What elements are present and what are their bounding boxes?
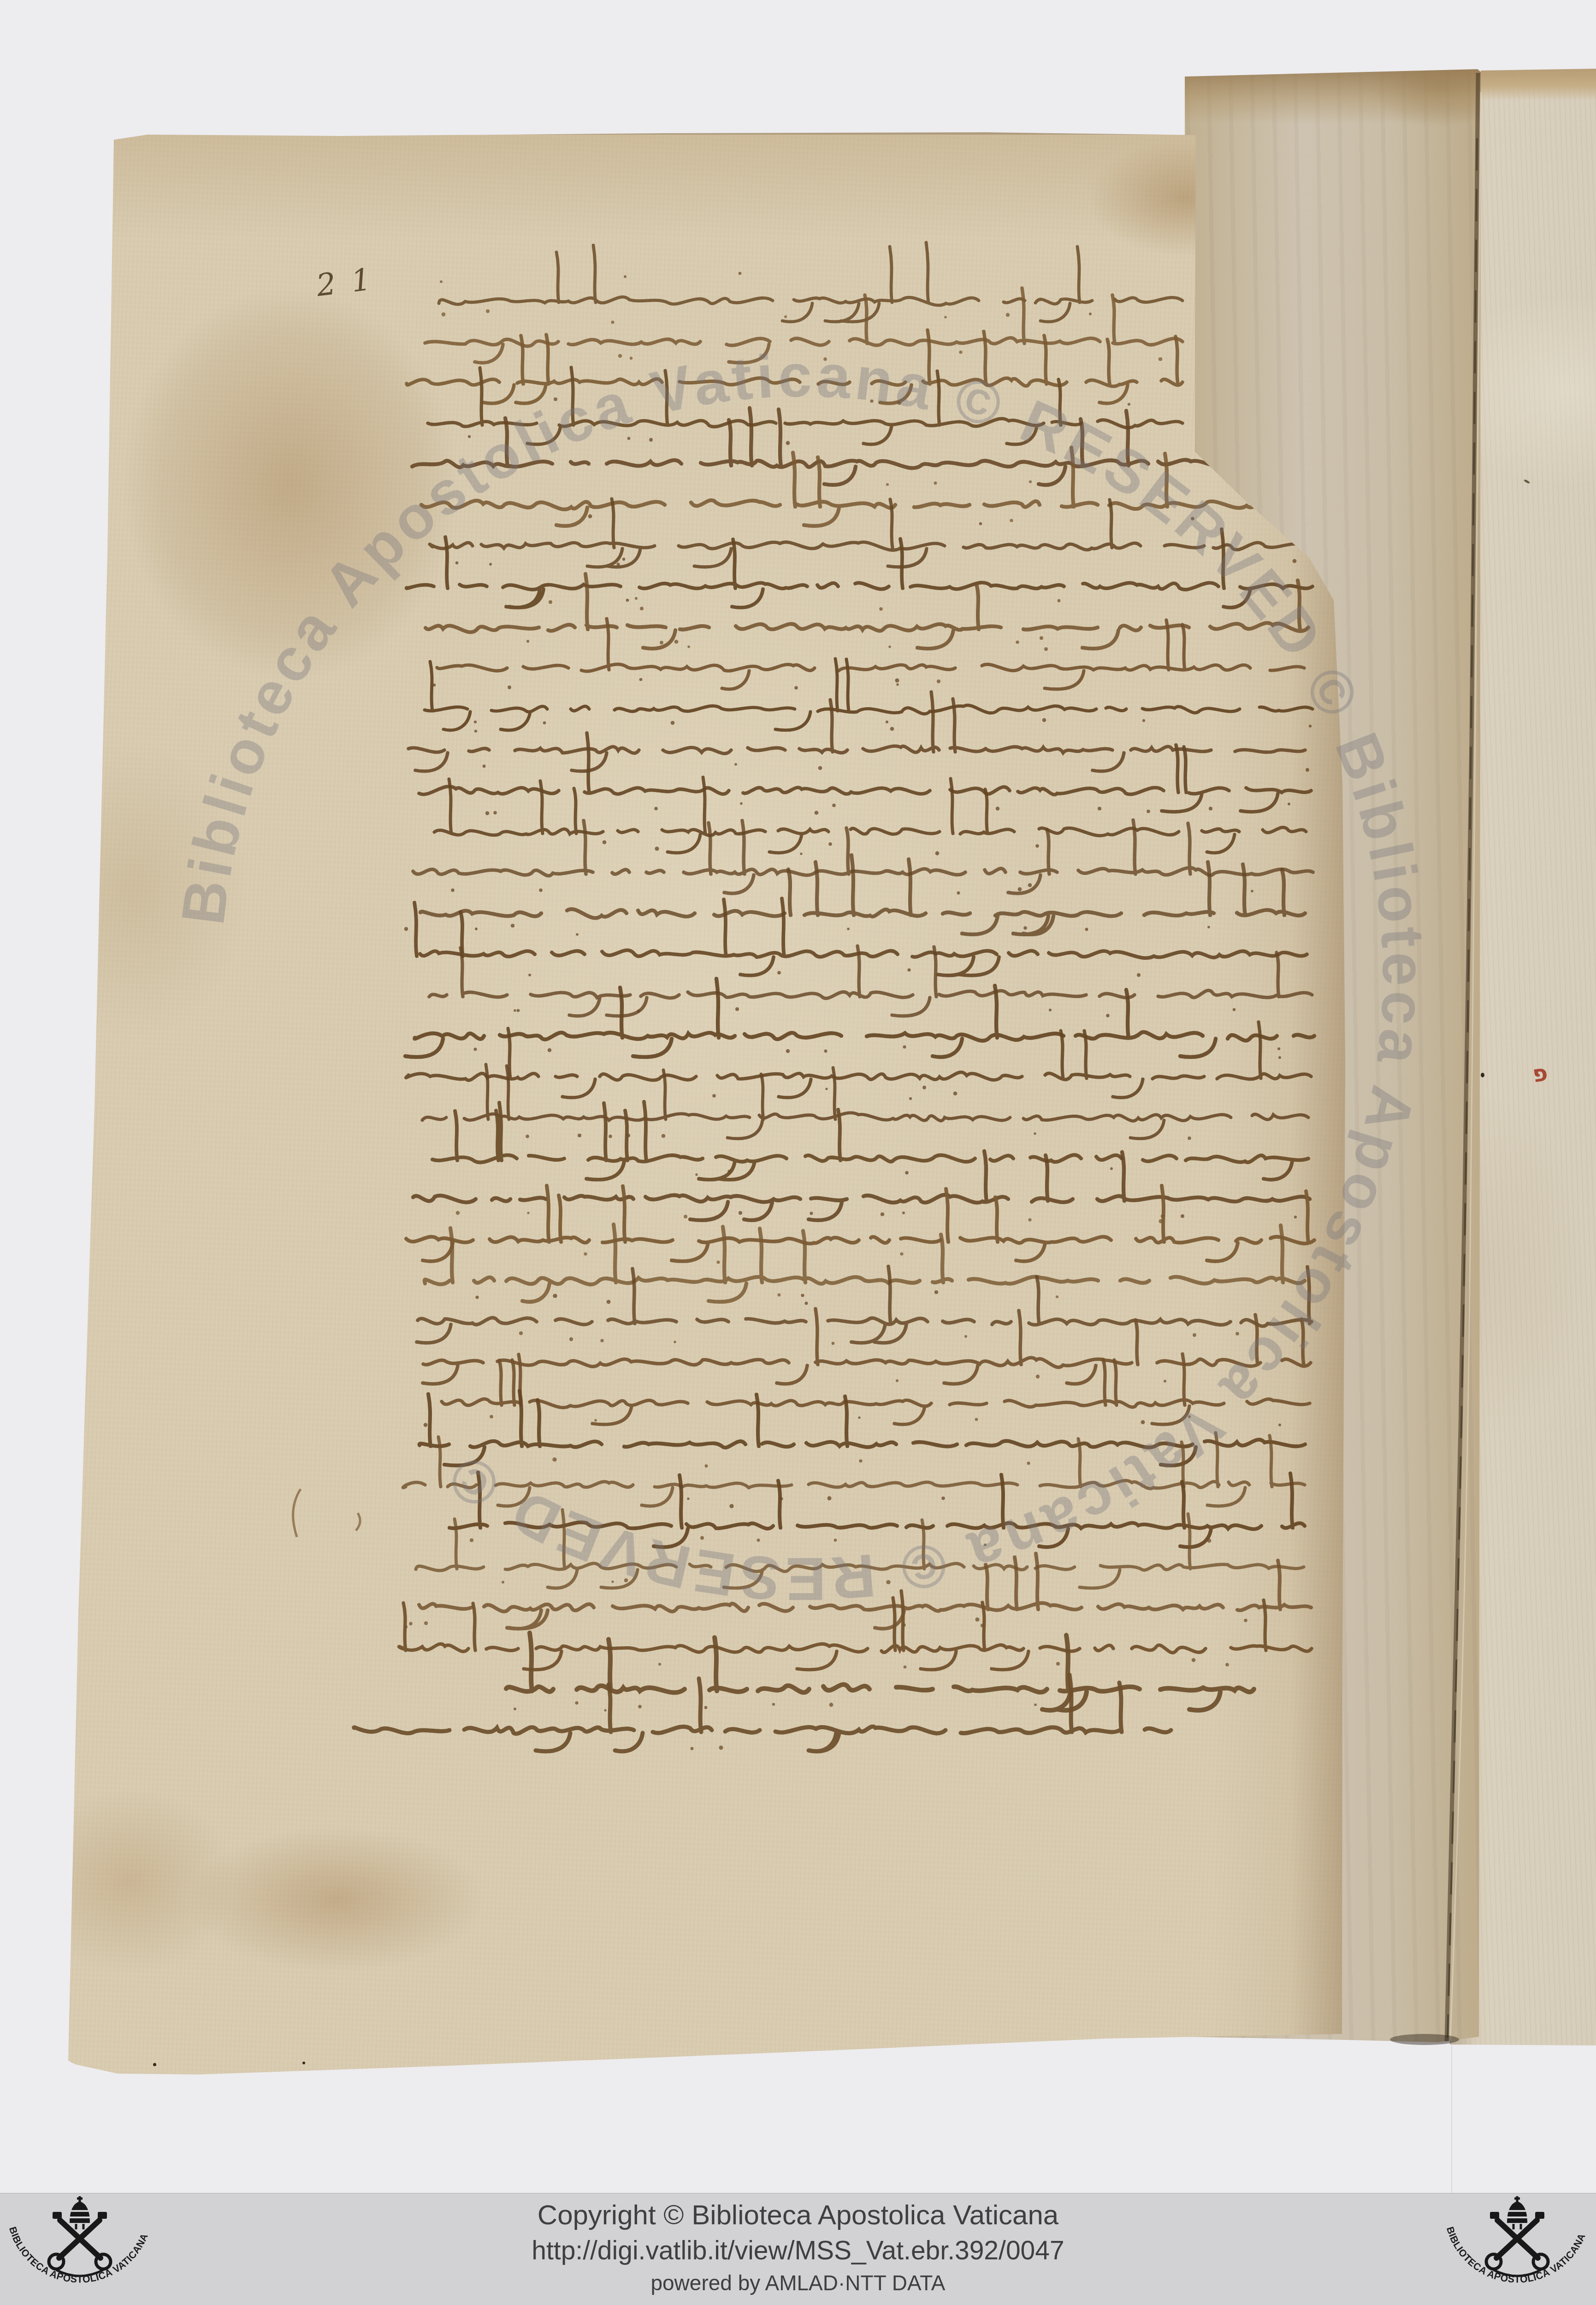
powered-by-line: powered by AMLAD·NTT DATA xyxy=(650,2269,945,2297)
diacritic-dot xyxy=(511,924,514,928)
diacritic-dot xyxy=(705,1465,708,1468)
diacritic-dot xyxy=(1049,1009,1052,1011)
handwritten-line xyxy=(442,1354,1310,1424)
diacritic-dot xyxy=(475,928,478,930)
handwritten-line xyxy=(425,1224,1305,1302)
diacritic-dot xyxy=(704,1706,708,1709)
vatican-library-logo-right: BIBLIOTECA APOSTOLICA VATICANA xyxy=(1441,2193,1593,2304)
diacritic-dot xyxy=(451,888,454,892)
diacritic-dot xyxy=(456,1211,460,1215)
margin-marks xyxy=(293,1489,360,1537)
diacritic-dot xyxy=(1288,803,1290,805)
diacritic-dot xyxy=(640,607,644,610)
diacritic-dot xyxy=(717,1261,720,1264)
diacritic-dot xyxy=(440,280,443,283)
footer-bar: Copyright © Biblioteca Apostolica Vatica… xyxy=(0,2193,1596,2305)
handwritten-line xyxy=(422,1064,1308,1139)
diacritic-dot xyxy=(468,435,471,438)
diacritic-dot xyxy=(800,852,802,855)
diacritic-dot xyxy=(1159,357,1162,361)
ink-speck xyxy=(153,2063,156,2066)
diacritic-dot xyxy=(898,401,901,405)
diacritic-dot xyxy=(1010,519,1013,522)
diacritic-dot xyxy=(649,438,653,442)
diacritic-dot xyxy=(700,1536,704,1540)
diacritic-dot xyxy=(490,1415,493,1418)
diacritic-dot xyxy=(609,1135,612,1138)
diacritic-dot xyxy=(825,1087,828,1090)
diacritic-dot xyxy=(1193,1333,1196,1337)
diacritic-dot xyxy=(1128,403,1130,406)
diacritic-dot xyxy=(975,1618,980,1622)
diacritic-dot xyxy=(1016,640,1019,644)
diacritic-dot xyxy=(611,1580,614,1583)
diacritic-dot xyxy=(433,684,436,686)
rubric-letter: פ xyxy=(1531,1057,1567,1093)
diacritic-dot xyxy=(1147,810,1150,813)
diacritic-dot xyxy=(959,350,962,354)
diacritic-dot xyxy=(1188,1415,1191,1418)
diacritic-dot xyxy=(818,766,822,770)
handwritten-line xyxy=(419,1554,1311,1629)
diacritic-dot xyxy=(1188,1136,1191,1140)
diacritic-dot xyxy=(870,400,874,403)
diacritic-dot xyxy=(611,320,614,324)
diacritic-dot xyxy=(886,721,888,723)
diacritic-dot xyxy=(543,721,546,725)
diacritic-dot xyxy=(404,927,408,931)
diacritic-dot xyxy=(712,1094,715,1097)
diacritic-dot xyxy=(1028,883,1032,887)
diacritic-dot xyxy=(455,561,458,564)
diacritic-dot xyxy=(1058,599,1061,603)
diacritic-dot xyxy=(1035,844,1039,847)
diacritic-dot xyxy=(618,354,622,358)
diacritic-dot xyxy=(1142,719,1145,722)
diacritic-dot xyxy=(616,562,620,566)
diacritic-dot xyxy=(1181,1214,1184,1218)
diacritic-dot xyxy=(1251,890,1253,892)
diacritic-dot xyxy=(1244,1619,1247,1622)
diacritic-dot xyxy=(805,1302,808,1305)
diacritic-dot xyxy=(828,842,832,845)
copyright-line: Copyright © Biblioteca Apostolica Vatica… xyxy=(538,2198,1058,2232)
diacritic-dot xyxy=(907,968,910,971)
diacritic-dot xyxy=(576,933,579,936)
diacritic-dot xyxy=(674,1341,676,1343)
diacritic-dot xyxy=(424,1621,428,1625)
diacritic-dot xyxy=(1207,1539,1212,1543)
diacritic-dot xyxy=(405,1625,408,1628)
handwritten-line xyxy=(399,1591,1312,1670)
diacritic-dot xyxy=(828,1496,832,1501)
diacritic-dot xyxy=(824,1050,828,1053)
diacritic-dot xyxy=(735,1007,739,1011)
handwritten-line xyxy=(414,898,1307,975)
stub-top-band xyxy=(1180,68,1481,124)
diacritic-dot xyxy=(691,1747,694,1750)
diacritic-dot xyxy=(909,1097,912,1100)
diacritic-dot xyxy=(1233,1008,1235,1011)
handwritten-line xyxy=(437,619,1304,689)
diacritic-dot xyxy=(847,928,849,930)
diacritic-dot xyxy=(486,309,490,313)
diacritic-dot xyxy=(777,971,781,975)
diacritic-dot xyxy=(1056,1662,1060,1666)
diacritic-dot xyxy=(922,1086,926,1089)
diacritic-dot xyxy=(1044,647,1048,651)
handwritten-line xyxy=(428,367,1182,444)
handwritten-line xyxy=(429,946,1312,1016)
diacritic-dot xyxy=(778,1294,781,1297)
handwritten-line xyxy=(406,1186,1314,1261)
handwritten-line xyxy=(407,330,1182,403)
diacritic-dot xyxy=(514,1708,516,1710)
diacritic-dot xyxy=(1278,1424,1281,1426)
diacritic-dot xyxy=(934,482,937,485)
diacritic-dot xyxy=(635,597,638,600)
diacritic-dot xyxy=(695,1173,698,1176)
diacritic-dot xyxy=(832,1342,835,1345)
diacritic-dot xyxy=(1137,973,1141,977)
diacritic-dot xyxy=(475,1295,479,1299)
diacritic-dot xyxy=(1027,1462,1030,1465)
diacritic-dot xyxy=(1040,636,1043,640)
diacritic-dot xyxy=(1018,887,1022,892)
handwritten-line xyxy=(407,529,1312,608)
diacritic-dot xyxy=(772,1703,775,1706)
diacritic-dot xyxy=(527,1212,529,1214)
diacritic-dot xyxy=(734,763,737,766)
diacritic-dot xyxy=(1056,1295,1058,1298)
diacritic-dot xyxy=(630,357,632,360)
diacritic-dot xyxy=(979,522,982,525)
diacritic-dot xyxy=(823,357,827,361)
diacritic-dot xyxy=(627,437,630,440)
handwritten-line xyxy=(408,692,1305,771)
diacritic-dot xyxy=(1161,1214,1165,1218)
diacritic-dot xyxy=(470,1538,473,1542)
diacritic-dot xyxy=(578,1134,581,1137)
diacritic-dot xyxy=(622,558,625,561)
diacritic-dot xyxy=(485,811,490,816)
diacritic-dot xyxy=(1141,1420,1145,1424)
diacritic-dot xyxy=(489,563,492,566)
handwritten-line xyxy=(420,855,1305,934)
handwritten-line xyxy=(423,1309,1311,1384)
diacritic-dot xyxy=(474,730,477,733)
diacritic-dot xyxy=(739,272,742,275)
manuscript-page: 21 xyxy=(65,129,1351,2079)
diacritic-dot xyxy=(1240,603,1243,606)
diacritic-dot xyxy=(981,1624,984,1627)
diacritic-dot xyxy=(1110,1167,1113,1170)
handwritten-line xyxy=(449,1472,1305,1547)
diacritic-dot xyxy=(671,721,675,725)
diacritic-dot xyxy=(662,1134,666,1138)
handwritten-line xyxy=(413,1151,1310,1220)
diacritic-dot xyxy=(600,1339,603,1342)
diacritic-dot xyxy=(905,1171,908,1174)
handwritten-line xyxy=(406,1022,1311,1098)
diacritic-dot xyxy=(508,686,511,689)
diacritic-dot xyxy=(1042,718,1046,722)
diacritic-dot xyxy=(639,678,643,681)
handwritten-line xyxy=(416,1510,1304,1588)
handwritten-text-block xyxy=(65,129,1351,2079)
diacritic-dot xyxy=(654,807,658,810)
diacritic-dot xyxy=(810,1212,813,1215)
diacritic-dot xyxy=(627,1134,630,1137)
diacritic-dot xyxy=(1277,1047,1280,1050)
diacritic-dot xyxy=(548,1048,552,1052)
diacritic-dot xyxy=(888,645,891,648)
diacritic-dot xyxy=(526,640,529,643)
diacritic-dot xyxy=(903,1046,906,1049)
handwritten-line xyxy=(419,733,1311,812)
diacritic-dot xyxy=(658,1663,661,1666)
diacritic-dot xyxy=(1192,1658,1196,1662)
handwritten-line xyxy=(413,820,1313,893)
diacritic-dot xyxy=(409,1622,412,1625)
papal-tiara-keys-icon xyxy=(49,2196,111,2276)
diacritic-dot xyxy=(549,600,552,604)
vatican-library-logo-left: BIBLIOTECA APOSTOLICA VATICANA xyxy=(4,2193,156,2304)
handwritten-line xyxy=(426,574,1308,649)
diacritic-dot xyxy=(624,1578,628,1583)
handwritten-line xyxy=(354,1675,1171,1751)
handwritten-line xyxy=(506,1633,1254,1710)
diacritic-dot xyxy=(626,599,629,602)
diacritic-dot xyxy=(553,1294,557,1298)
diacritic-dot xyxy=(552,1457,556,1461)
diacritic-dot xyxy=(1235,1332,1239,1336)
handwritten-line xyxy=(417,1266,1312,1343)
diacritic-dot xyxy=(896,683,898,686)
scan-viewport: פ 21 Biblioteca Apostolica Vaticana © RE… xyxy=(0,0,1596,2305)
diacritic-dot xyxy=(528,974,531,976)
diacritic-dot xyxy=(674,640,679,644)
page-top-edge xyxy=(106,132,1203,135)
diacritic-dot xyxy=(886,483,889,486)
page-fold-shade xyxy=(1291,544,1351,2079)
diacritic-dot xyxy=(902,1212,905,1214)
handwritten-line xyxy=(405,979,1314,1057)
handwritten-line xyxy=(420,1391,1305,1466)
diacritic-dot xyxy=(1023,926,1027,930)
diacritic-dot xyxy=(900,1252,903,1255)
diacritic-dot xyxy=(1225,1663,1229,1667)
diacritic-dot xyxy=(687,645,690,648)
diacritic-dot xyxy=(975,1418,978,1421)
diacritic-dot xyxy=(660,641,663,644)
diacritic-dot xyxy=(902,1623,905,1626)
diacritic-dot xyxy=(1278,1056,1281,1059)
handwritten-line xyxy=(425,288,1182,363)
diacritic-dot xyxy=(937,680,940,683)
source-url: http://digi.vatlib.it/view/MSS_Vat.ebr.3… xyxy=(532,2232,1064,2269)
handwritten-line xyxy=(432,1102,1308,1180)
diacritic-dot xyxy=(607,1300,611,1304)
diacritic-dot xyxy=(794,686,798,690)
diacritic-dot xyxy=(984,1543,987,1546)
diacritic-dot xyxy=(1159,1219,1163,1223)
diacritic-dot xyxy=(832,804,836,807)
diacritic-dot xyxy=(424,1423,428,1427)
diacritic-dot xyxy=(1034,1132,1036,1135)
diacritic-dot xyxy=(757,1539,760,1542)
diacritic-dot xyxy=(1034,1703,1037,1706)
diacritic-dot xyxy=(687,1497,689,1500)
handwritten-line xyxy=(412,408,1226,485)
diacritic-dot xyxy=(996,807,999,810)
diacritic-dot xyxy=(1028,1218,1031,1221)
handwritten-line xyxy=(403,1433,1305,1506)
diacritic-dot xyxy=(957,892,960,895)
diacritic-dot xyxy=(944,316,947,319)
diacritic-dot xyxy=(519,1331,523,1335)
diacritic-dot xyxy=(526,1135,529,1138)
diacritic-dot xyxy=(588,514,592,519)
diacritic-dot xyxy=(727,1170,731,1173)
diacritic-dot xyxy=(1085,928,1088,931)
diacritic-dot xyxy=(1164,1380,1166,1383)
diacritic-dot xyxy=(594,1419,597,1421)
diacritic-dot xyxy=(859,1459,862,1462)
diacritic-dot xyxy=(829,1703,833,1707)
diacritic-dot xyxy=(442,313,446,317)
diacritic-dot xyxy=(483,765,486,768)
diacritic-dot xyxy=(474,721,477,723)
diacritic-dot xyxy=(603,840,607,845)
diacritic-dot xyxy=(604,1709,606,1711)
ink-speck xyxy=(302,2062,305,2064)
diacritic-dot xyxy=(569,1337,573,1341)
diacritic-dot xyxy=(934,1290,938,1294)
diacritic-dot xyxy=(786,1049,790,1053)
diacritic-dot xyxy=(729,1504,733,1508)
diacritic-dot xyxy=(554,397,557,401)
diacritic-dot xyxy=(801,1294,804,1297)
diacritic-dot xyxy=(1036,1375,1040,1378)
diacritic-dot xyxy=(1089,313,1092,315)
diacritic-dot xyxy=(1098,807,1101,810)
handwritten-line xyxy=(434,777,1306,853)
diacritic-dot xyxy=(539,888,543,892)
handwritten-line xyxy=(421,448,1272,526)
diacritic-dot xyxy=(684,1215,687,1218)
diacritic-dot xyxy=(964,1335,967,1338)
ink-speck xyxy=(1481,1073,1484,1077)
diacritic-dot xyxy=(953,1092,958,1096)
diacritic-dot xyxy=(815,811,819,815)
papal-tiara-keys-icon xyxy=(1486,2196,1548,2276)
diacritic-dot xyxy=(941,1496,945,1500)
diacritic-dot xyxy=(896,1379,898,1382)
diacritic-dot xyxy=(886,1580,890,1584)
diacritic-dot xyxy=(879,607,882,610)
diacritic-dot xyxy=(584,1252,587,1255)
diacritic-dot xyxy=(895,679,899,683)
diacritic-dot xyxy=(858,1416,860,1418)
diacritic-dot xyxy=(493,811,497,814)
handwritten-line xyxy=(430,499,1305,567)
diacritic-dot xyxy=(575,1701,578,1704)
backing-sheet-seam xyxy=(1451,2045,1452,2194)
diacritic-dot xyxy=(1209,807,1212,810)
handwritten-line xyxy=(425,659,1312,730)
folio-number: 21 xyxy=(314,256,421,319)
diacritic-dot xyxy=(624,275,627,278)
diacritic-dot xyxy=(1191,517,1194,520)
diacritic-dot xyxy=(1029,480,1032,483)
diacritic-dot xyxy=(740,802,743,805)
handwritten-line xyxy=(439,242,1182,322)
diacritic-dot xyxy=(890,727,894,731)
diacritic-dot xyxy=(1106,1014,1109,1017)
diacritic-dot xyxy=(784,315,787,318)
diacritic-dot xyxy=(1006,313,1010,317)
diacritic-dot xyxy=(786,441,790,445)
diacritic-dot xyxy=(638,1705,642,1708)
diacritic-dot xyxy=(935,851,940,856)
diacritic-dot xyxy=(517,1009,520,1012)
diacritic-dot xyxy=(502,1581,504,1584)
diacritic-dot xyxy=(474,1048,477,1051)
diacritic-dot xyxy=(514,1009,516,1011)
diacritic-dot xyxy=(834,1539,837,1542)
diacritic-dot xyxy=(637,1010,640,1012)
diacritic-dot xyxy=(904,1666,907,1669)
diacritic-dot xyxy=(780,1497,783,1501)
diacritic-dot xyxy=(719,1746,723,1750)
fiber-speck xyxy=(1524,479,1531,484)
diacritic-dot xyxy=(655,847,659,851)
diacritic-dot xyxy=(881,1212,884,1216)
diacritic-dot xyxy=(1207,926,1210,928)
diacritic-dot xyxy=(739,1211,742,1215)
